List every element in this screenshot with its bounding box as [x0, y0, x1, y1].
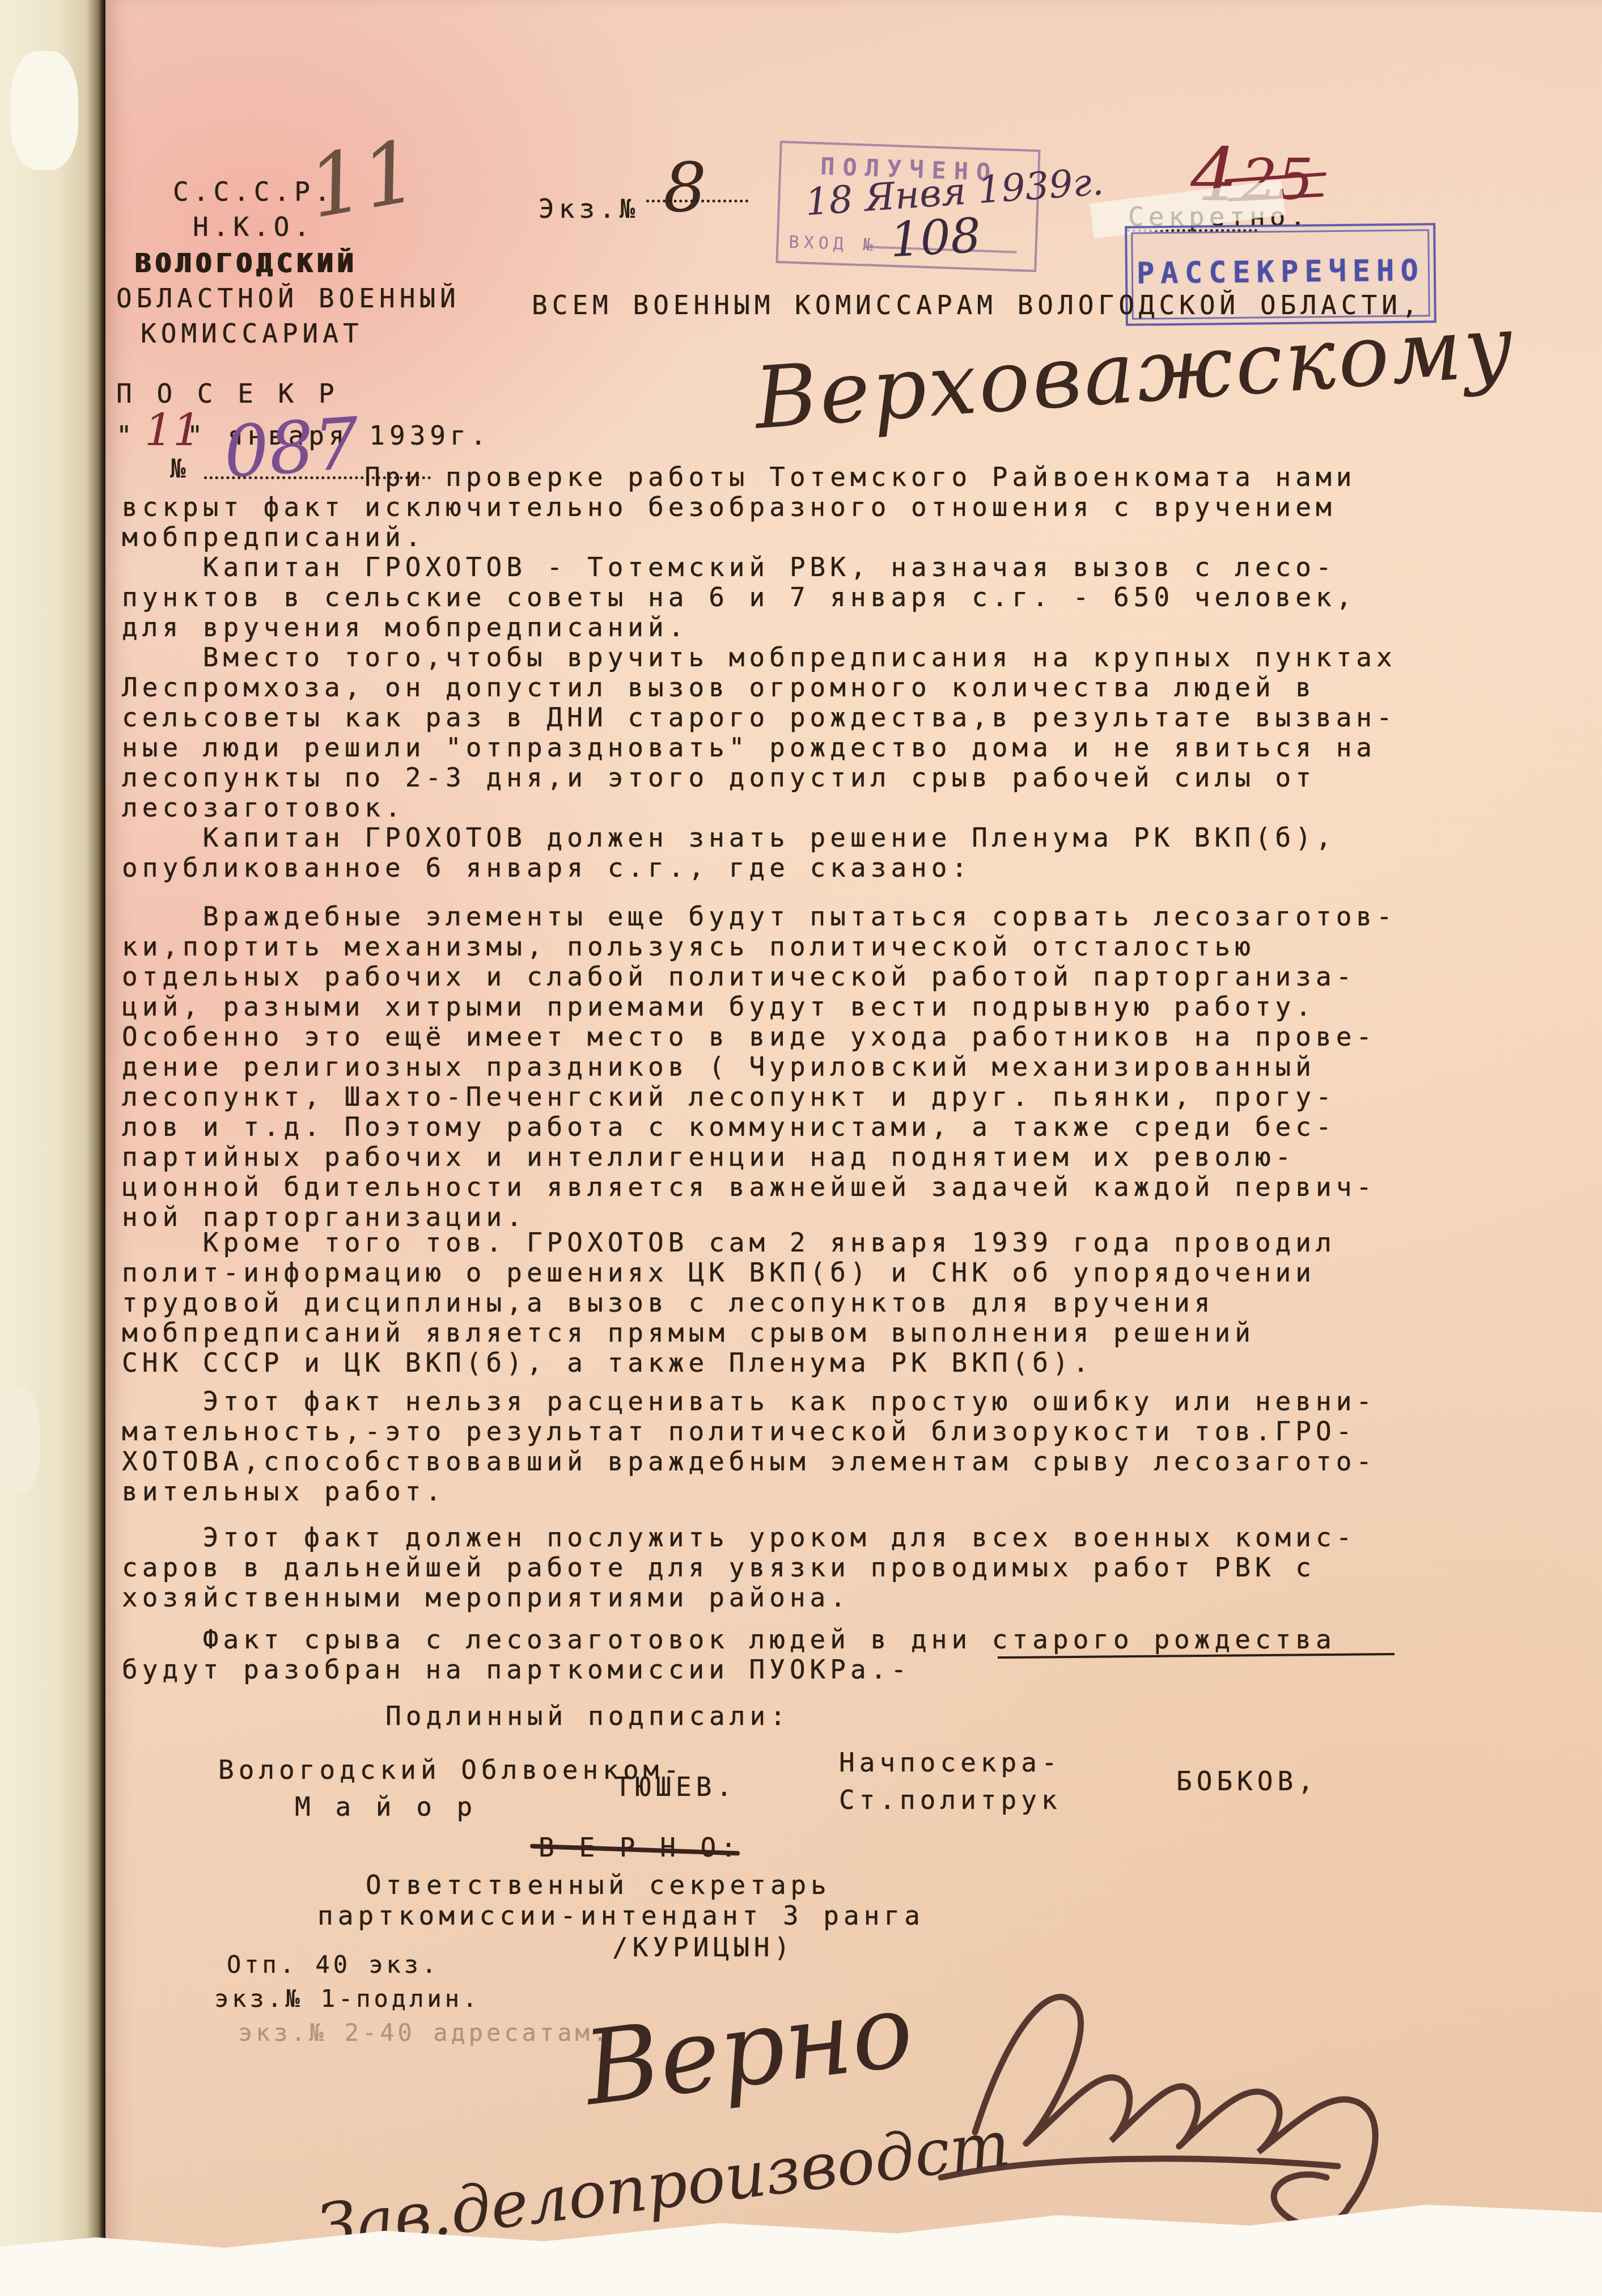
signer-left-title: Вологодский Облвоенком- — [218, 1755, 684, 1785]
date-quote-open: " — [116, 421, 137, 451]
signature-flourish — [907, 1939, 1429, 2257]
letterhead-nko: Н.К.О. — [193, 212, 314, 242]
handwritten-entry-number: 108 — [889, 208, 982, 268]
copies-original-line: экз.№ 1-подлин. — [214, 1984, 480, 2014]
letterhead-country: С.С.С.Р. — [173, 177, 335, 207]
secretary-title-1: Ответственный секретарь — [366, 1870, 831, 1900]
torn-paper-chip — [10, 51, 78, 170]
letterhead-posekr: П О С Е К Р — [116, 379, 339, 409]
signer-right-name: БОБКОВ, — [1176, 1766, 1318, 1796]
signer-left-name: ТЮШЕВ. — [615, 1772, 736, 1802]
copies-count-line: Отп. 40 экз. — [227, 1950, 439, 1980]
received-entry-label: ВХОД № — [789, 232, 878, 255]
body-quote-block: Враждебные элементы еще будут пытаться с… — [122, 902, 1505, 1232]
copy-number-label: Экз.№ — [539, 194, 639, 224]
body-paragraph-3: Кроме того тов. ГРОХОТОВ сам 2 января 19… — [122, 1228, 1505, 1378]
book-spine — [0, 0, 105, 2296]
declassified-stamp-label: РАССЕКРЕЧЕНО — [1128, 253, 1434, 291]
body-paragraph-5: Этот факт должен послужить уроком для вс… — [122, 1523, 1505, 1613]
letterhead-oblast-military: ОБЛАСТНОЙ ВОЕННЫЙ — [116, 284, 460, 314]
letterhead-city: ВОЛОГОДСКИЙ — [135, 248, 358, 278]
body-paragraphs-1: При проверке работы Тотемского Райвоенко… — [122, 462, 1505, 883]
handwritten-copy-number: 8 — [663, 149, 706, 227]
copy-number-underline — [646, 200, 748, 202]
signer-right-rank: Ст.политрук — [839, 1785, 1062, 1815]
document-scan: 11 Экз.№ 8 ПОЛУЧЕНО ВХОД № 18 Янвя 1939г… — [0, 0, 1602, 2296]
authentic-signed-line: Подлинный подписали: — [385, 1701, 790, 1731]
copies-faint-line: экз.№ 2-40 адресатам. — [238, 2018, 611, 2048]
secretary-title-2: парткомиссии-интендант 3 ранга — [317, 1901, 925, 1931]
letterhead-commissariat: КОМИССАРИАТ — [141, 319, 363, 349]
body-paragraph-4: Этот факт нельзя расценивать как простую… — [122, 1386, 1505, 1507]
torn-paper-chip — [0, 1389, 40, 1491]
signer-left-rank: М а й о р — [295, 1792, 477, 1822]
secretary-name: /КУРИЦЫН) — [612, 1933, 794, 1963]
signer-right-title: Начпосекра- — [839, 1748, 1062, 1778]
